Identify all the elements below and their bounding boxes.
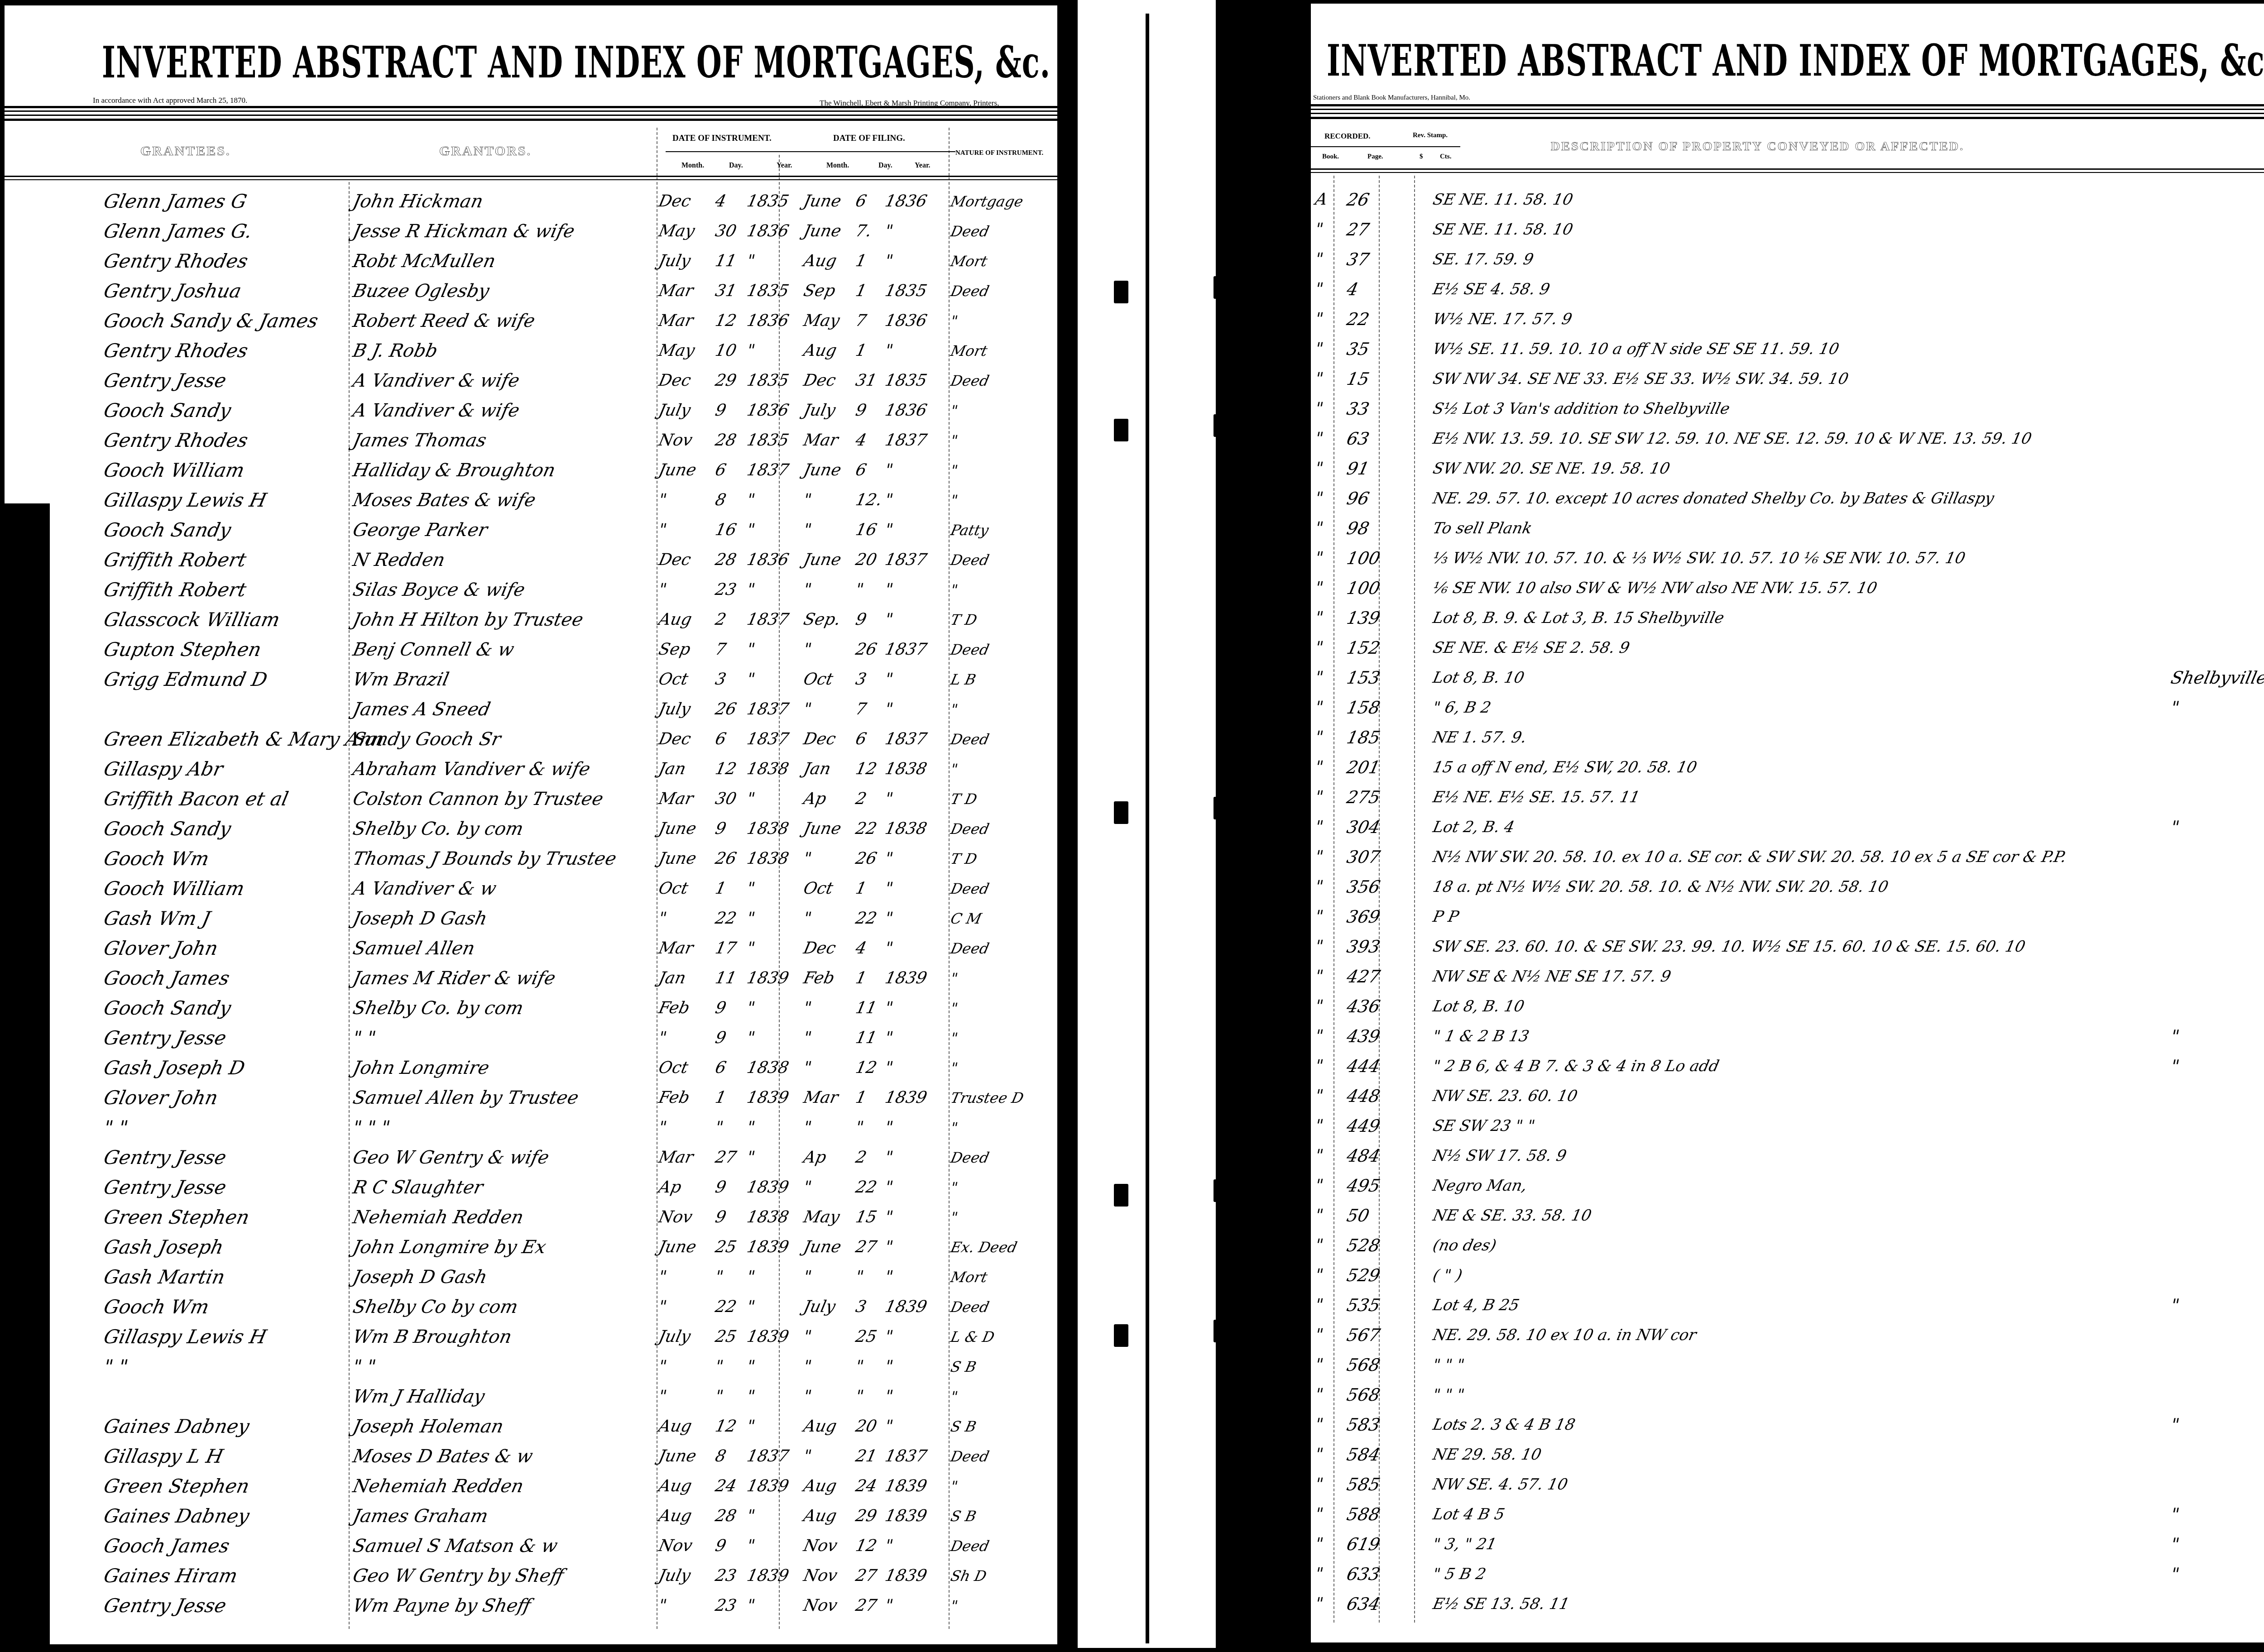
property-description: ( " ) xyxy=(1429,1258,1466,1293)
grantor-name: James A Sneed xyxy=(350,692,494,727)
filing-month: " xyxy=(800,1379,815,1414)
book-number: " xyxy=(1312,212,1327,247)
sprocket-hole xyxy=(1114,801,1128,824)
book-number: " xyxy=(1312,1467,1327,1502)
instrument-year: " xyxy=(743,334,758,368)
book-number: " xyxy=(1312,1049,1327,1083)
filing-year: " xyxy=(882,1140,897,1175)
instrument-month: Aug xyxy=(655,603,695,637)
filing-day: 25 xyxy=(852,1320,880,1354)
nature-of-instrument: Deed xyxy=(947,274,993,308)
instrument-year: 1836 xyxy=(743,393,792,428)
filing-year: 1838 xyxy=(882,812,931,846)
filing-month: " xyxy=(800,1260,815,1294)
page-number: 528 xyxy=(1343,1228,1384,1263)
side-note: " xyxy=(2168,1557,2183,1591)
ledger-row: Griffith RobertSilas Boyce & wife"23""""… xyxy=(5,573,1057,607)
ledger-row: Gentry JoshuaBuzee OglesbyMar311835Sep11… xyxy=(5,274,1057,308)
nature-of-instrument: Ex. Deed xyxy=(947,1230,1021,1264)
grantor-name: Nehemiah Redden xyxy=(350,1200,527,1235)
grantor-name: James Thomas xyxy=(350,423,490,458)
book-number: " xyxy=(1312,810,1327,844)
filing-day: 22 xyxy=(852,1170,880,1205)
book-number: " xyxy=(1312,750,1327,785)
instrument-month: Dec xyxy=(655,543,694,577)
filing-year: " xyxy=(882,692,897,727)
property-description: NW SE. 4. 57. 10 xyxy=(1429,1467,1571,1502)
page-number: 4 xyxy=(1343,272,1362,306)
page-number: 91 xyxy=(1343,451,1373,486)
ledger-row: Gentry JesseWm Payne by Sheff"23"Nov27"" xyxy=(5,1589,1057,1623)
filing-month: " xyxy=(800,1350,815,1384)
filing-year: " xyxy=(882,453,897,488)
grantor-name: Geo W Gentry by Sheff xyxy=(350,1559,567,1593)
page-number: 444 xyxy=(1343,1049,1384,1083)
instrument-year: " xyxy=(743,931,758,966)
nature-of-instrument: Deed xyxy=(947,812,993,846)
book-number: " xyxy=(1312,959,1327,994)
ledger-row: "449SE SW 23 " " xyxy=(1311,1109,2264,1143)
ledger-row: "100⅓ W½ NW. 10. 57. 10. & ⅓ W½ SW. 10. … xyxy=(1311,541,2264,575)
book-number: " xyxy=(1312,1079,1327,1113)
filing-month: " xyxy=(800,692,815,727)
filing-day: 1 xyxy=(852,1081,870,1115)
property-description: SE. 17. 59. 9 xyxy=(1429,242,1537,277)
page-number: 152 xyxy=(1343,631,1384,665)
filing-year: " xyxy=(882,931,897,966)
filing-year: 1838 xyxy=(882,752,931,786)
filing-year: 1839 xyxy=(882,1499,931,1533)
property-description: Negro Man, xyxy=(1429,1168,1530,1203)
filing-day: 12. xyxy=(852,483,885,517)
instrument-day: 16 xyxy=(712,513,740,547)
instrument-year: 1835 xyxy=(743,364,792,398)
filing-month: Dec xyxy=(800,931,839,966)
recorded-rule xyxy=(1311,146,1460,147)
instrument-month: Dec xyxy=(655,722,694,757)
filing-month: " xyxy=(800,1320,815,1354)
page-number: 633 xyxy=(1343,1557,1384,1591)
book-number: " xyxy=(1312,840,1327,874)
property-description: SE NE. 11. 58. 10 xyxy=(1429,182,1576,217)
grantee-name: Gillaspy Lewis H xyxy=(101,483,270,517)
filing-year: 1837 xyxy=(882,632,931,667)
grantor-name: Wm J Halliday xyxy=(350,1379,488,1414)
filing-year: " xyxy=(882,662,897,697)
instrument-day: 9 xyxy=(712,1170,729,1205)
filing-day: 1 xyxy=(852,244,870,278)
ledger-row: "307N½ NW SW. 20. 58. 10. ex 10 a. SE co… xyxy=(1311,840,2264,874)
filing-month: June xyxy=(800,453,844,488)
filing-year: 1839 xyxy=(882,1469,931,1504)
sprocket-hole xyxy=(1214,1320,1228,1342)
instrument-year: " xyxy=(743,1260,758,1294)
property-description: W½ SE. 11. 59. 10. 10 a off N side SE SE… xyxy=(1429,332,1842,366)
filing-month: May xyxy=(800,1200,843,1235)
book-number: " xyxy=(1312,541,1327,575)
nature-of-instrument: Deed xyxy=(947,214,993,249)
grantee-name: Green Stephen xyxy=(101,1469,253,1504)
book-number: " xyxy=(1312,1258,1327,1293)
nature-of-instrument: S B xyxy=(947,1350,980,1384)
grantor-name: Robt McMullen xyxy=(350,244,499,278)
sprocket-hole xyxy=(1214,1179,1228,1202)
filing-month: Nov xyxy=(800,1529,841,1563)
grantor-name: Wm Brazil xyxy=(350,662,452,697)
grantor-name: " " xyxy=(350,1350,379,1384)
page-number: 356 xyxy=(1343,870,1384,904)
ledger-row: "91SW NW. 20. SE NE. 19. 58. 10 xyxy=(1311,451,2264,486)
property-description: W½ NE. 17. 57. 9 xyxy=(1429,302,1575,336)
filing-year: " xyxy=(882,871,897,906)
ledger-row: Gooch SandyShelby Co. by comJune91838Jun… xyxy=(5,812,1057,846)
grantee-name: Gooch Sandy & James xyxy=(101,304,321,338)
instrument-month: July xyxy=(655,393,694,428)
property-description: NE 1. 57. 9. xyxy=(1429,720,1530,755)
grantor-name: George Parker xyxy=(350,513,491,547)
grantee-name: Gillaspy Abr xyxy=(101,752,226,786)
nature-of-instrument: " xyxy=(947,1051,961,1085)
file-year-header: Year. xyxy=(915,162,931,170)
page-number: 369 xyxy=(1343,900,1384,934)
book-number: " xyxy=(1312,1378,1327,1412)
ledger-row: Gentry JesseGeo W Gentry & wifeMar27"Ap2… xyxy=(5,1140,1057,1175)
filing-month: " xyxy=(800,1439,815,1474)
instrument-year: " xyxy=(743,1589,758,1623)
grantee-name: Gentry Jesse xyxy=(101,364,230,398)
grantee-name: Glover John xyxy=(101,931,221,966)
nature-of-instrument: Deed xyxy=(947,543,993,577)
ledger-row: Gentry JesseA Vandiver & wifeDec291835De… xyxy=(5,364,1057,398)
grantor-name: Jesse R Hickman & wife xyxy=(350,214,578,249)
filing-day: 1 xyxy=(852,334,870,368)
sprocket-hole xyxy=(1114,1324,1128,1347)
grantee-name: Gash Joseph xyxy=(101,1230,227,1264)
header-rule xyxy=(5,106,1057,108)
filing-day: 21 xyxy=(852,1439,880,1474)
instrument-day: 24 xyxy=(712,1469,740,1504)
instrument-month: June xyxy=(655,842,700,876)
ledger-row: "35618 a. pt N½ W½ SW. 20. 58. 10. & N½ … xyxy=(1311,870,2264,904)
property-description: SW SE. 23. 60. 10. & SE SW. 23. 99. 10. … xyxy=(1429,929,2029,964)
filing-day: 9 xyxy=(852,393,870,428)
nature-of-instrument: L B xyxy=(947,662,979,697)
grantor-name: A Vandiver & wife xyxy=(350,393,523,428)
nature-of-instrument: " xyxy=(947,1111,961,1145)
nature-of-instrument: Deed xyxy=(947,871,993,906)
grantee-name: Glasscock William xyxy=(101,603,283,637)
rev-stamp-header: Rev. Stamp. xyxy=(1413,132,1448,139)
grantor-name: Buzee Oglesby xyxy=(350,274,493,308)
page-number: 619 xyxy=(1343,1527,1384,1561)
instrument-year: 1839 xyxy=(743,1469,792,1504)
column-header-rule xyxy=(1311,168,2264,170)
property-description: " 6, B 2 xyxy=(1429,690,1494,725)
property-description: 18 a. pt N½ W½ SW. 20. 58. 10. & N½ NW. … xyxy=(1429,870,1892,904)
instrument-year: " xyxy=(743,244,758,278)
filing-day: 4 xyxy=(852,931,870,966)
ledger-row: "448NW SE. 23. 60. 10 xyxy=(1311,1079,2264,1113)
filing-day: 27 xyxy=(852,1589,880,1623)
property-description: " 5 B 2 xyxy=(1429,1557,1489,1591)
grantor-name: Nehemiah Redden xyxy=(350,1469,527,1504)
grantee-name: Gentry Joshua xyxy=(101,274,245,308)
instrument-day: 9 xyxy=(712,812,729,846)
grantee-name: Gash Martin xyxy=(101,1260,228,1294)
ledger-row: Gillaspy AbrAbraham Vandiver & wifeJan12… xyxy=(5,752,1057,786)
grantee-name: Gaines Dabney xyxy=(101,1409,253,1444)
property-description: Lot 4, B 25 xyxy=(1429,1288,1523,1322)
filing-day: 7. xyxy=(852,214,875,249)
property-description: S½ Lot 3 Van's addition to Shelbyville xyxy=(1429,392,1733,426)
instrument-month: July xyxy=(655,244,694,278)
grantor-name: James M Rider & wife xyxy=(350,961,559,996)
page-number: 27 xyxy=(1343,212,1373,247)
book-number: " xyxy=(1312,780,1327,814)
book-number: " xyxy=(1312,1139,1327,1173)
filing-year: 1839 xyxy=(882,961,931,996)
property-description: E½ NE. E½ SE. 15. 57. 11 xyxy=(1429,780,1643,814)
page-number: 50 xyxy=(1343,1198,1373,1233)
page-number: 304 xyxy=(1343,810,1384,844)
instrument-day: " xyxy=(712,1260,727,1294)
instrument-month: Feb xyxy=(655,991,693,1025)
instrument-month: Oct xyxy=(655,662,691,697)
filing-month: Aug xyxy=(800,1499,840,1533)
instrument-year: 1839 xyxy=(743,1230,792,1264)
side-note: " xyxy=(2168,1049,2183,1083)
instrument-month: Oct xyxy=(655,871,691,906)
grantee-name: Glenn James G xyxy=(101,184,250,219)
property-description: Lot 4 B 5 xyxy=(1429,1497,1508,1532)
instrument-month: Nov xyxy=(655,1200,696,1235)
nature-of-instrument: " xyxy=(947,692,961,727)
instrument-month: May xyxy=(655,214,698,249)
header-rule xyxy=(1311,117,2264,119)
grantor-name: Thomas J Bounds by Trustee xyxy=(350,842,620,876)
grantee-name: Glover John xyxy=(101,1081,221,1115)
filing-month: Jan xyxy=(800,752,834,786)
instrument-day: 23 xyxy=(712,1589,740,1623)
grantee-name: Gooch William xyxy=(101,871,248,906)
ledger-row: Gash Joseph DJohn LongmireOct61838"12"" xyxy=(5,1051,1057,1085)
ledger-row: Green Elizabeth & Mary AnnSandy Gooch Sr… xyxy=(5,722,1057,757)
ledger-row: "20115 a off N end, E½ SW, 20. 58. 10 xyxy=(1311,750,2264,785)
column-header-rule xyxy=(1311,172,2264,173)
grantee-name: Gentry Rhodes xyxy=(101,423,251,458)
file-month-header: Month. xyxy=(826,162,849,170)
instrument-month: Aug xyxy=(655,1499,695,1533)
ledger-row: Glasscock WilliamJohn H Hilton by Truste… xyxy=(5,603,1057,637)
page-number: 26 xyxy=(1343,182,1373,217)
instrument-day: 23 xyxy=(712,573,740,607)
page-number: 185 xyxy=(1343,720,1384,755)
grantee-name: Griffith Robert xyxy=(101,543,249,577)
header-rule xyxy=(5,115,1057,116)
ledger-row: Gooch JamesJames M Rider & wifeJan111839… xyxy=(5,961,1057,996)
grantor-name: R C Slaughter xyxy=(350,1170,486,1205)
filing-year: " xyxy=(882,214,897,249)
filing-day: 26 xyxy=(852,842,880,876)
book-number: " xyxy=(1312,1348,1327,1382)
filing-month: " xyxy=(800,573,815,607)
instrument-month: May xyxy=(655,334,698,368)
file-day-header: Day. xyxy=(878,162,892,170)
instrument-day: 30 xyxy=(712,782,740,816)
book-number: " xyxy=(1312,929,1327,964)
nature-of-instrument: " xyxy=(947,752,961,786)
ledger-row: Gash Wm JJoseph D Gash"22""22"C M xyxy=(5,901,1057,936)
filing-year: 1837 xyxy=(882,722,931,757)
nature-of-instrument: Deed xyxy=(947,1290,993,1324)
filing-year: " xyxy=(882,1021,897,1055)
instrument-year: 1837 xyxy=(743,722,792,757)
instrument-month: Aug xyxy=(655,1409,695,1444)
instrument-year: " xyxy=(743,1409,758,1444)
book-number: " xyxy=(1312,1019,1327,1053)
instrument-day: 4 xyxy=(712,184,729,219)
instrument-day: 9 xyxy=(712,1529,729,1563)
property-description: NE. 29. 58. 10 ex 10 a. in NW cor xyxy=(1429,1318,1700,1352)
page-number: 568 xyxy=(1343,1378,1384,1412)
instrument-month: " xyxy=(655,901,670,936)
page-number: 201 xyxy=(1343,750,1384,785)
grantor-name: B J. Robb xyxy=(350,334,441,368)
instrument-year: " xyxy=(743,513,758,547)
ledger-row: Gooch WilliamHalliday & BroughtonJune618… xyxy=(5,453,1057,488)
page-number: 448 xyxy=(1343,1079,1384,1113)
filing-month: Aug xyxy=(800,244,840,278)
nature-of-instrument: " xyxy=(947,991,961,1025)
nature-of-instrument: " xyxy=(947,1200,961,1235)
ledger-row: Gooch SandyGeorge Parker"16""16"Patty xyxy=(5,513,1057,547)
instrument-year: " xyxy=(743,782,758,816)
instrument-year: 1838 xyxy=(743,842,792,876)
ledger-row: "369P P xyxy=(1311,900,2264,934)
book-number: " xyxy=(1312,392,1327,426)
filing-year: " xyxy=(882,1589,897,1623)
filing-year: " xyxy=(882,1111,897,1145)
instrument-year: " xyxy=(743,901,758,936)
ledger-row: "100⅙ SE NW. 10 also SW & W½ NW also NE … xyxy=(1311,571,2264,605)
page-number: 393 xyxy=(1343,929,1384,964)
ledger-row: "153Lot 8, B. 10Shelbyville xyxy=(1311,661,2264,695)
grantee-name: Griffith Bacon et al xyxy=(101,782,292,816)
ledger-row: "304Lot 2, B. 4" xyxy=(1311,810,2264,844)
property-description: Lot 8, B. 9. & Lot 3, B. 15 Shelbyville xyxy=(1429,601,1727,635)
nature-of-instrument: L & D xyxy=(947,1320,998,1354)
filing-day: 6 xyxy=(852,184,870,219)
property-description: NW SE & N½ NE SE 17. 57. 9 xyxy=(1429,959,1674,994)
filing-year: 1837 xyxy=(882,423,931,458)
filing-month: Mar xyxy=(800,1081,842,1115)
ledger-row: Gillaspy L HMoses D Bates & wJune81837"2… xyxy=(5,1439,1057,1474)
filing-year: 1836 xyxy=(882,393,931,428)
nature-of-instrument: T D xyxy=(947,842,980,876)
instrument-year: " xyxy=(743,1379,758,1414)
instrument-month: Jan xyxy=(655,961,689,996)
property-description: Lots 2. 3 & 4 B 18 xyxy=(1429,1408,1578,1442)
instrument-year: " xyxy=(743,991,758,1025)
ledger-row: "568" " " xyxy=(1311,1348,2264,1382)
property-description: SE NE. & E½ SE 2. 58. 9 xyxy=(1429,631,1633,665)
sprocket-hole xyxy=(1214,276,1228,299)
filing-year: " xyxy=(882,1529,897,1563)
date-of-instrument-header: DATE OF INSTRUMENT. xyxy=(672,134,772,144)
instrument-month: Oct xyxy=(655,1051,691,1085)
ledger-row: Grigg Edmund DWm BrazilOct3"Oct3"L B xyxy=(5,662,1057,697)
instrument-day: 23 xyxy=(712,1559,740,1593)
instrument-month: Feb xyxy=(655,1081,693,1115)
filing-year: " xyxy=(882,991,897,1025)
header-rule xyxy=(5,119,1057,121)
filing-day: 12 xyxy=(852,1051,880,1085)
grantor-name: " " " xyxy=(350,1111,393,1145)
filing-month: Aug xyxy=(800,1469,840,1504)
instrument-day: 25 xyxy=(712,1230,740,1264)
filing-month: " xyxy=(800,483,815,517)
filing-day: 1 xyxy=(852,274,870,308)
ledger-row: "439" 1 & 2 B 13" xyxy=(1311,1019,2264,1053)
ledger-row: "22W½ NE. 17. 57. 9 xyxy=(1311,302,2264,336)
ledger-row: "583Lots 2. 3 & 4 B 18" xyxy=(1311,1408,2264,1442)
ledger-row: " "" " """""""" xyxy=(5,1111,1057,1145)
property-description: SE NE. 11. 58. 10 xyxy=(1429,212,1576,247)
instrument-month: July xyxy=(655,692,694,727)
instrument-year: " xyxy=(743,871,758,906)
book-number: " xyxy=(1312,1408,1327,1442)
page-number: 439 xyxy=(1343,1019,1384,1053)
filing-year: 1837 xyxy=(882,1439,931,1474)
grantee-name: Gentry Jesse xyxy=(101,1021,230,1055)
grantor-name: Wm Payne by Sheff xyxy=(350,1589,534,1623)
filing-day: 6 xyxy=(852,722,870,757)
ledger-row: Gaines HiramGeo W Gentry by SheffJuly231… xyxy=(5,1559,1057,1593)
ledger-row: Gooch JamesSamuel S Matson & wNov9"Nov12… xyxy=(5,1529,1057,1563)
ledger-row: "535Lot 4, B 25" xyxy=(1311,1288,2264,1322)
ledger-row: "427NW SE & N½ NE SE 17. 57. 9 xyxy=(1311,959,2264,994)
nature-of-instrument: " xyxy=(947,1021,961,1055)
grantee-name: Gooch Wm xyxy=(101,842,212,876)
grantor-name: Benj Connell & w xyxy=(350,632,518,667)
property-description: SW NW. 20. SE NE. 19. 58. 10 xyxy=(1429,451,1674,486)
ledger-row: Glenn James GJohn HickmanDec41835June618… xyxy=(5,184,1057,219)
instrument-day: 6 xyxy=(712,453,729,488)
grantor-name: Shelby Co. by com xyxy=(350,812,527,846)
property-description: E½ SE 4. 58. 9 xyxy=(1429,272,1553,306)
instrument-month: " xyxy=(655,1589,670,1623)
property-description: E½ SE 13. 58. 11 xyxy=(1429,1587,1573,1621)
instrument-year: 1838 xyxy=(743,1200,792,1235)
book-number: " xyxy=(1312,900,1327,934)
instrument-day: 12 xyxy=(712,1409,740,1444)
ledger-row: "158" 6, B 2" xyxy=(1311,690,2264,725)
instrument-month: Dec xyxy=(655,364,694,398)
filing-month: Nov xyxy=(800,1559,841,1593)
instrument-year: " xyxy=(743,1111,758,1145)
instrument-year: " xyxy=(743,1350,758,1384)
instrument-month: " xyxy=(655,1290,670,1324)
filing-day: 2 xyxy=(852,782,870,816)
instrument-year: " xyxy=(743,1499,758,1533)
nature-of-instrument: " xyxy=(947,1589,961,1623)
grantor-name: Silas Boyce & wife xyxy=(350,573,528,607)
filing-year: 1835 xyxy=(882,274,931,308)
page-number: 307 xyxy=(1343,840,1384,874)
instrument-year: 1838 xyxy=(743,752,792,786)
page-number: 484 xyxy=(1343,1139,1384,1173)
filing-year: " xyxy=(882,901,897,936)
